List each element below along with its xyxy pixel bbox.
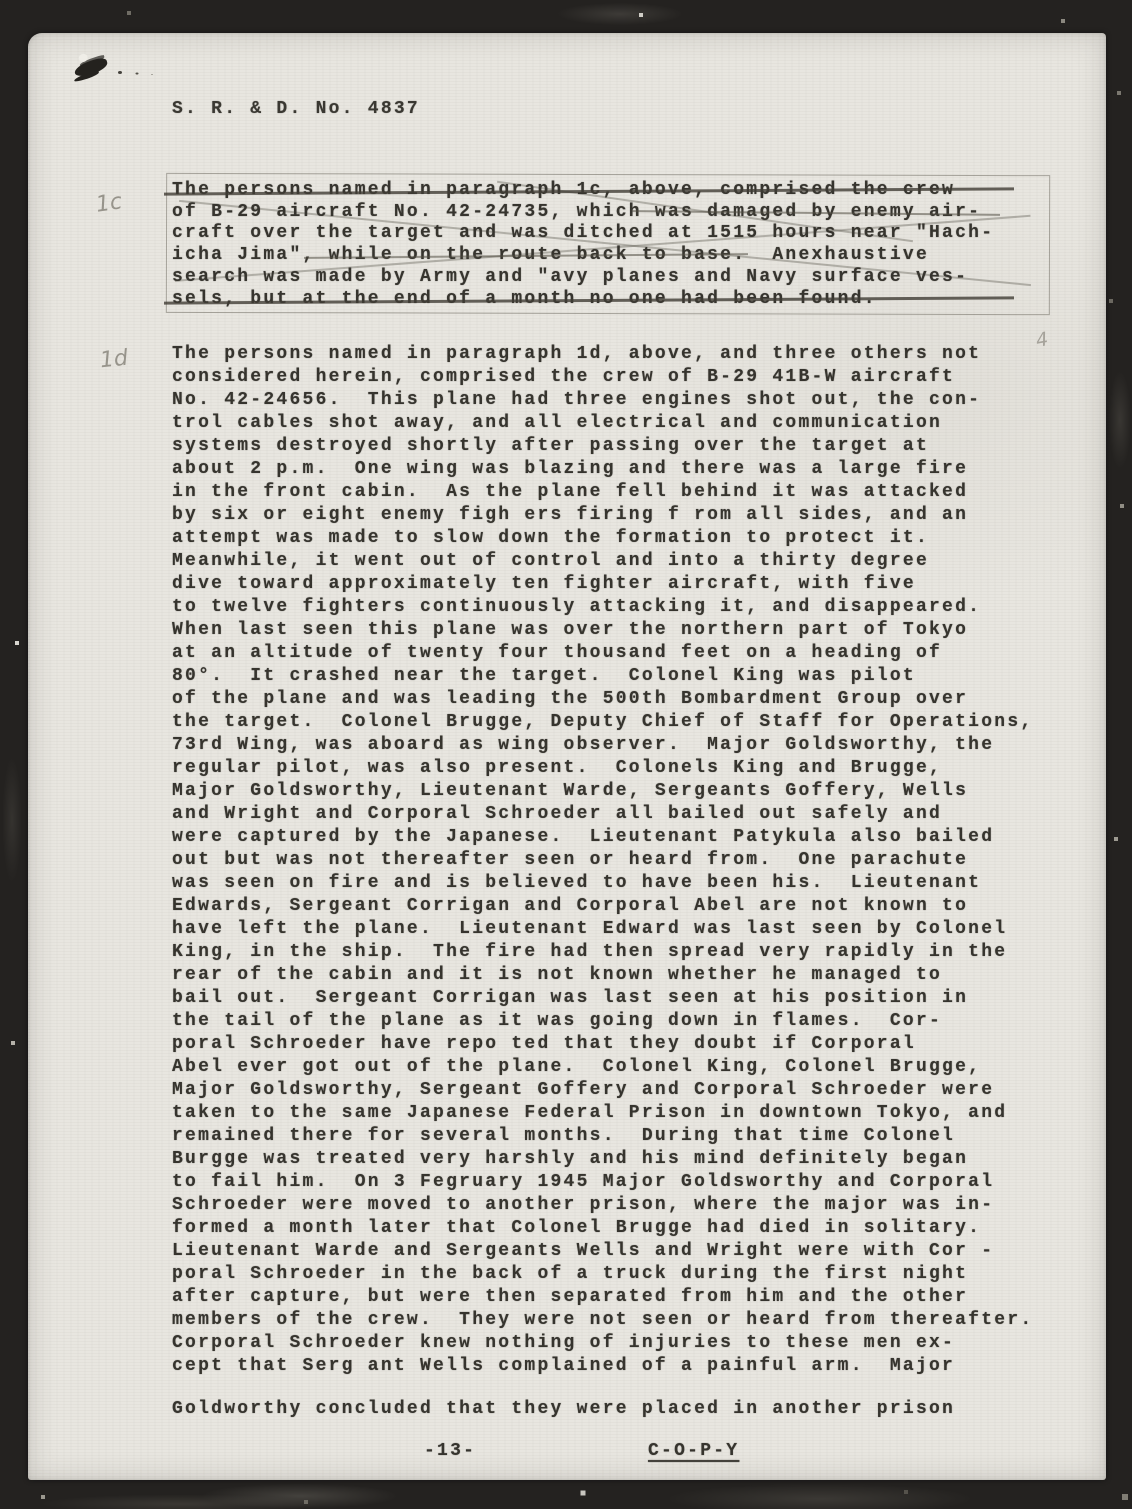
copy-stamp: C-O-P-Y	[648, 1441, 739, 1461]
text-line: bail out. Sergeant Corrigan was last see…	[172, 987, 1033, 1010]
text-line: King, in the ship. The fire had then spr…	[172, 941, 1033, 964]
text-line: formed a month later that Colonel Brugge…	[172, 1217, 1033, 1240]
text-line: by six or eight enemy figh ers firing f …	[172, 504, 1033, 527]
closing-line: Goldworthy concluded that they were plac…	[172, 1399, 955, 1419]
text-line: rear of the cabin and it is not known wh…	[172, 964, 1033, 987]
ink-blot-mark	[73, 56, 109, 79]
text-line: poral Schroeder in the back of a truck d…	[172, 1263, 1033, 1286]
text-line: Edwards, Sergeant Corrigan and Corporal …	[172, 895, 1033, 918]
text-line: icha Jima", while on the route back to b…	[172, 245, 994, 267]
text-line: regular pilot, was also present. Colonel…	[172, 757, 1033, 780]
text-line: have left the plane. Lieutenant Edward w…	[172, 918, 1033, 941]
text-line: Corporal Schroeder knew nothing of injur…	[172, 1332, 1033, 1355]
document-reference-number: S. R. & D. No. 4837	[172, 99, 420, 119]
text-line: taken to the same Japanese Federal Priso…	[172, 1102, 1033, 1125]
text-line: out but was not thereafter seen or heard…	[172, 849, 1033, 872]
text-line: considered herein, comprised the crew of…	[172, 366, 1033, 389]
text-line: at an altitude of twenty four thousand f…	[172, 642, 1033, 665]
text-line: about 2 p.m. One wing was blazing and th…	[172, 458, 1033, 481]
text-line: in the front cabin. As the plane fell be…	[172, 481, 1033, 504]
margin-pencil-tick: 4	[1034, 328, 1050, 352]
text-line: was seen on fire and is believed to have…	[172, 872, 1033, 895]
ink-specks	[118, 71, 122, 74]
document-page: S. R. & D. No. 4837 1c 1d 4 The persons …	[28, 33, 1106, 1480]
text-line: members of the crew. They were not seen …	[172, 1309, 1033, 1332]
text-line: Lieutenant Warde and Sergeants Wells and…	[172, 1240, 1033, 1263]
text-line: Schroeder were moved to another prison, …	[172, 1194, 1033, 1217]
text-line: cept that Serg ant Wells complained of a…	[172, 1355, 1033, 1378]
text-line: craft over the target and was ditched at…	[172, 223, 994, 245]
text-line: Major Goldsworthy, Lieutenant Warde, Ser…	[172, 780, 1033, 803]
text-line: and Wright and Corporal Schroeder all ba…	[172, 803, 1033, 826]
text-line: dive toward approximately ten fighter ai…	[172, 573, 1033, 596]
scanner-border: S. R. & D. No. 4837 1c 1d 4 The persons …	[0, 0, 1132, 1509]
text-line: 80°. It crashed near the target. Colonel…	[172, 665, 1033, 688]
text-line: the target. Colonel Brugge, Deputy Chief…	[172, 711, 1033, 734]
text-line: poral Schroeder have repo ted that they …	[172, 1033, 1033, 1056]
text-line: search was made by Army and "avy planes …	[172, 267, 994, 289]
text-line: remained there for several months. Durin…	[172, 1125, 1033, 1148]
text-line: attempt was made to slow down the format…	[172, 527, 1033, 550]
page-number: -13-	[424, 1441, 476, 1461]
text-line: Burgge was treated very harshly and his …	[172, 1148, 1033, 1171]
text-line: Abel ever got out of the plane. Colonel …	[172, 1056, 1033, 1079]
text-line: were captured by the Japanese. Lieutenan…	[172, 826, 1033, 849]
paragraph-crossed-out: The persons named in paragraph 1c, above…	[172, 180, 994, 310]
text-line: sels, but at the end of a month no one h…	[172, 289, 994, 311]
text-line: The persons named in paragraph 1c, above…	[172, 180, 994, 202]
margin-note-1c: 1c	[94, 189, 123, 217]
scan-noise-specks	[0, 0, 2, 2]
text-line: When last seen this plane was over the n…	[172, 619, 1033, 642]
margin-note-1d: 1d	[99, 346, 129, 374]
text-line: systems destroyed shortly after passing …	[172, 435, 1033, 458]
text-line: Meanwhile, it went out of control and in…	[172, 550, 1033, 573]
text-line: 73rd Wing, was aboard as wing observer. …	[172, 734, 1033, 757]
text-line: of the plane and was leading the 500th B…	[172, 688, 1033, 711]
text-line: of B-29 aircraft No. 42-24735, which was…	[172, 202, 994, 224]
text-line: to twelve fighters continuously attackin…	[172, 596, 1033, 619]
text-line: to fail him. On 3 Fegruary 1945 Major Go…	[172, 1171, 1033, 1194]
text-line: No. 42-24656. This plane had three engin…	[172, 389, 1033, 412]
text-line: The persons named in paragraph 1d, above…	[172, 343, 1033, 366]
text-line: after capture, but were then separated f…	[172, 1286, 1033, 1309]
text-line: trol cables shot away, and all electrica…	[172, 412, 1033, 435]
text-line: Major Goldsworthy, Sergeant Goffery and …	[172, 1079, 1033, 1102]
text-line: the tail of the plane as it was going do…	[172, 1010, 1033, 1033]
paragraph-main: The persons named in paragraph 1d, above…	[172, 343, 1033, 1378]
